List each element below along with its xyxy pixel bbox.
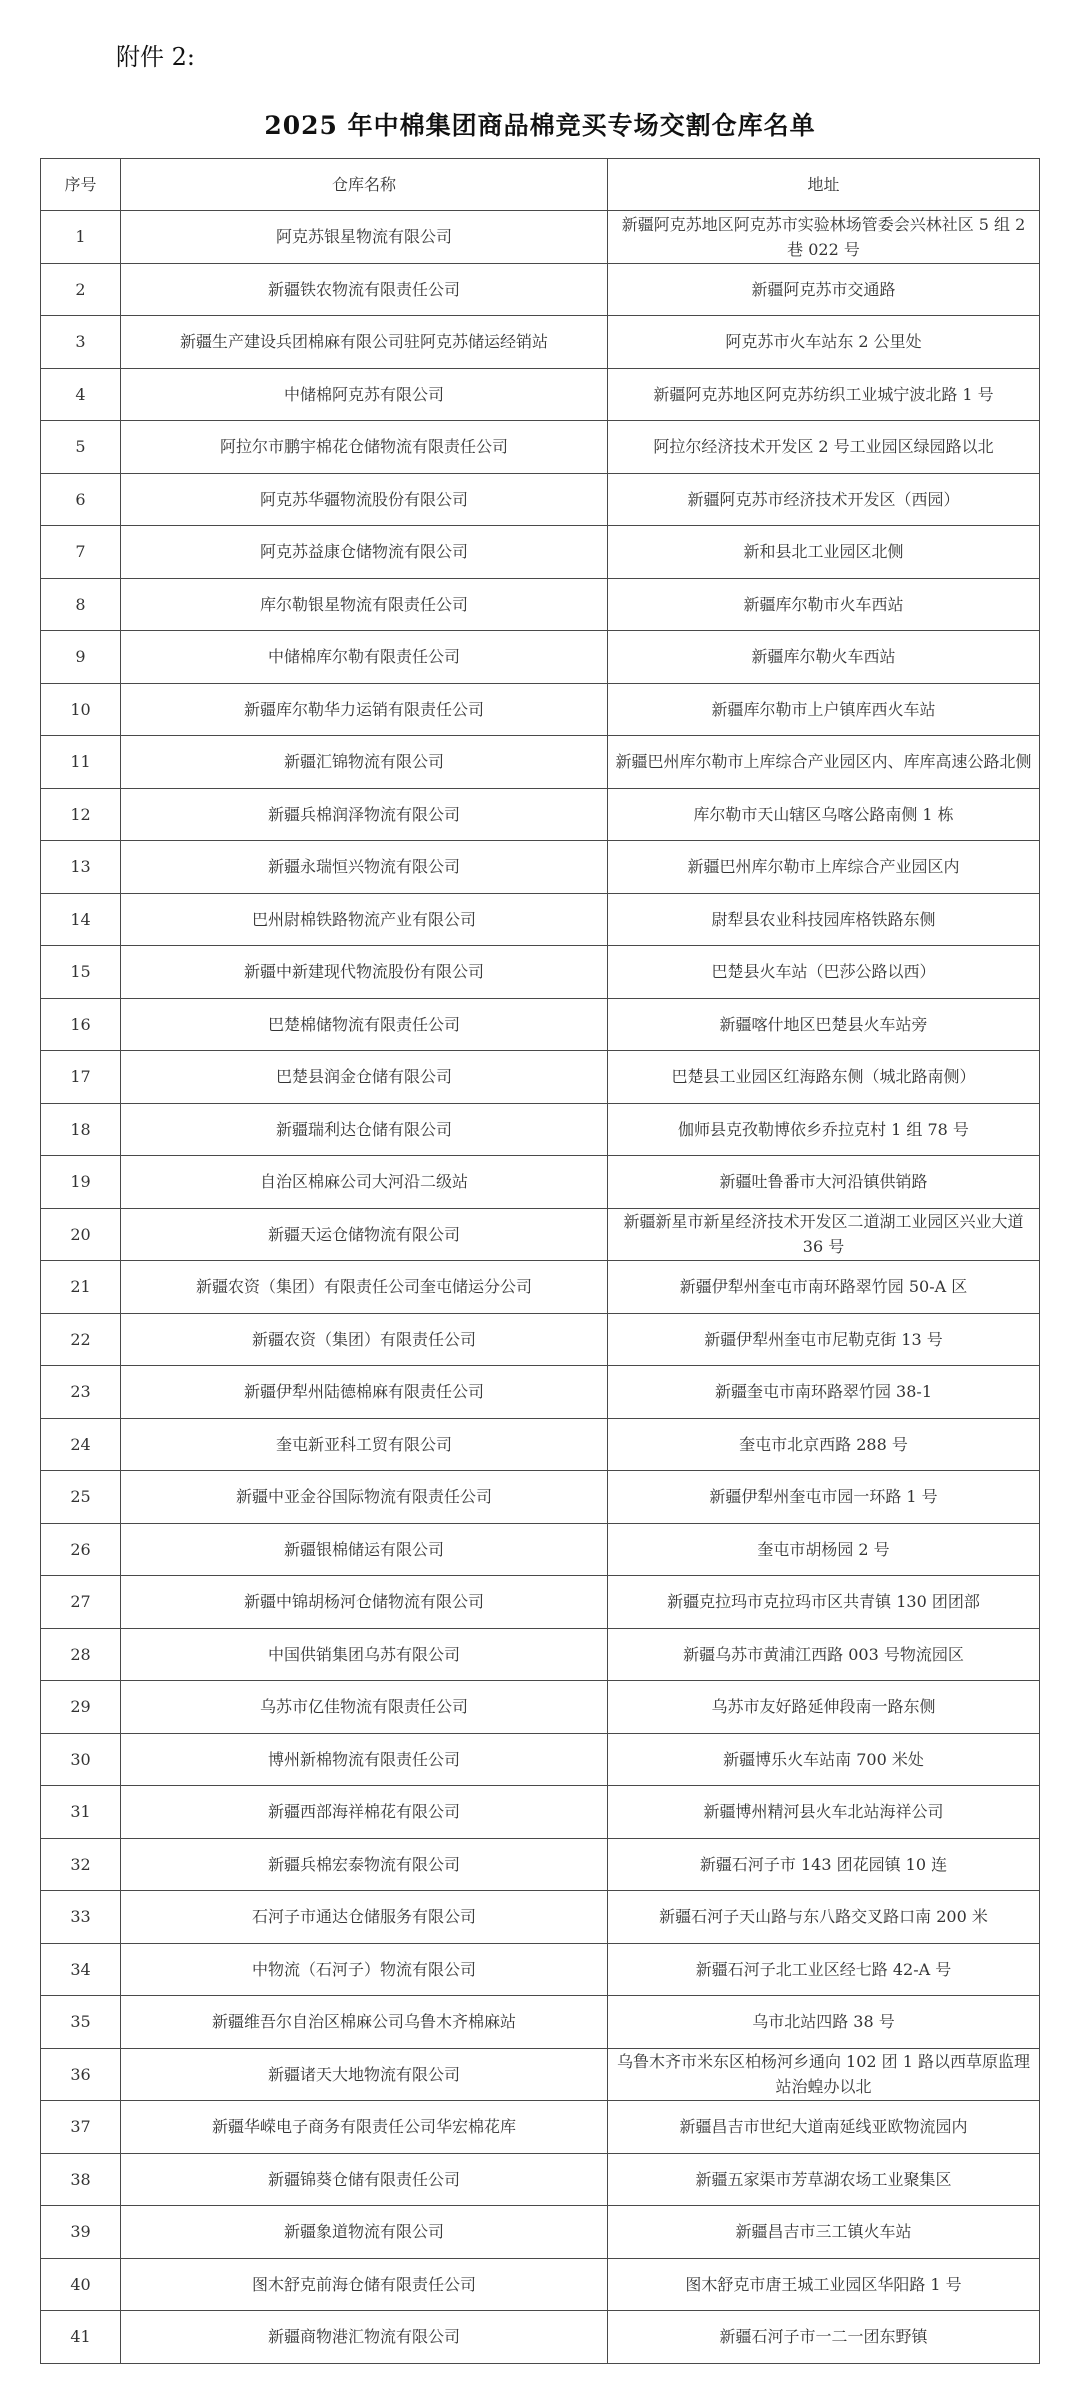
cell-address: 新疆石河子市 143 团花园镇 10 连 xyxy=(608,1838,1040,1891)
cell-index: 33 xyxy=(41,1891,121,1944)
cell-index: 9 xyxy=(41,631,121,684)
column-header-warehouse-name: 仓库名称 xyxy=(121,159,608,211)
table-row: 1阿克苏银星物流有限公司新疆阿克苏地区阿克苏市实验林场管委会兴林社区 5 组 2… xyxy=(41,211,1040,264)
table-row: 15新疆中新建现代物流股份有限公司巴楚县火车站（巴莎公路以西） xyxy=(41,946,1040,999)
table-row: 27新疆中锦胡杨河仓储物流有限公司新疆克拉玛市克拉玛市区共青镇 130 团团部 xyxy=(41,1576,1040,1629)
table-row: 5阿拉尔市鹏宇棉花仓储物流有限责任公司阿拉尔经济技术开发区 2 号工业园区绿园路… xyxy=(41,421,1040,474)
cell-warehouse-name: 阿克苏益康仓储物流有限公司 xyxy=(121,526,608,579)
cell-index: 35 xyxy=(41,1996,121,2049)
cell-address: 阿克苏市火车站东 2 公里处 xyxy=(608,316,1040,369)
cell-warehouse-name: 新疆铁农物流有限责任公司 xyxy=(121,263,608,316)
cell-index: 11 xyxy=(41,736,121,789)
cell-index: 24 xyxy=(41,1418,121,1471)
cell-warehouse-name: 巴州尉棉铁路物流产业有限公司 xyxy=(121,893,608,946)
cell-warehouse-name: 新疆农资（集团）有限责任公司 xyxy=(121,1313,608,1366)
cell-warehouse-name: 新疆库尔勒华力运销有限责任公司 xyxy=(121,683,608,736)
table-row: 34中物流（石河子）物流有限公司新疆石河子北工业区经七路 42-A 号 xyxy=(41,1943,1040,1996)
cell-address: 新疆伊犁州奎屯市园一环路 1 号 xyxy=(608,1471,1040,1524)
cell-index: 13 xyxy=(41,841,121,894)
table-row: 10新疆库尔勒华力运销有限责任公司新疆库尔勒市上户镇库西火车站 xyxy=(41,683,1040,736)
cell-warehouse-name: 新疆永瑞恒兴物流有限公司 xyxy=(121,841,608,894)
table-row: 24奎屯新亚科工贸有限公司奎屯市北京西路 288 号 xyxy=(41,1418,1040,1471)
cell-warehouse-name: 新疆天运仓储物流有限公司 xyxy=(121,1208,608,1261)
cell-address: 尉犁县农业科技园库格铁路东侧 xyxy=(608,893,1040,946)
table-row: 30博州新棉物流有限责任公司新疆博乐火车站南 700 米处 xyxy=(41,1733,1040,1786)
cell-warehouse-name: 博州新棉物流有限责任公司 xyxy=(121,1733,608,1786)
cell-index: 21 xyxy=(41,1261,121,1314)
cell-index: 27 xyxy=(41,1576,121,1629)
table-row: 3新疆生产建设兵团棉麻有限公司驻阿克苏储运经销站阿克苏市火车站东 2 公里处 xyxy=(41,316,1040,369)
cell-address: 巴楚县火车站（巴莎公路以西） xyxy=(608,946,1040,999)
cell-index: 10 xyxy=(41,683,121,736)
table-row: 6阿克苏华疆物流股份有限公司新疆阿克苏市经济技术开发区（西园） xyxy=(41,473,1040,526)
cell-warehouse-name: 新疆中亚金谷国际物流有限责任公司 xyxy=(121,1471,608,1524)
cell-warehouse-name: 新疆伊犁州陆德棉麻有限责任公司 xyxy=(121,1366,608,1419)
cell-warehouse-name: 新疆商物港汇物流有限公司 xyxy=(121,2311,608,2364)
table-row: 38新疆锦葵仓储有限责任公司新疆五家渠市芳草湖农场工业聚集区 xyxy=(41,2153,1040,2206)
table-row: 23新疆伊犁州陆德棉麻有限责任公司新疆奎屯市南环路翠竹园 38-1 xyxy=(41,1366,1040,1419)
warehouse-table: 序号 仓库名称 地址 1阿克苏银星物流有限公司新疆阿克苏地区阿克苏市实验林场管委… xyxy=(40,158,1040,2364)
cell-address: 新疆昌吉市三工镇火车站 xyxy=(608,2206,1040,2259)
cell-warehouse-name: 新疆银棉储运有限公司 xyxy=(121,1523,608,1576)
cell-index: 20 xyxy=(41,1208,121,1261)
table-row: 4中储棉阿克苏有限公司新疆阿克苏地区阿克苏纺织工业城宁波北路 1 号 xyxy=(41,368,1040,421)
cell-address: 新疆石河子天山路与东八路交叉路口南 200 米 xyxy=(608,1891,1040,1944)
cell-index: 12 xyxy=(41,788,121,841)
table-row: 8库尔勒银星物流有限责任公司新疆库尔勒市火车西站 xyxy=(41,578,1040,631)
cell-address: 新疆伊犁州奎屯市尼勒克街 13 号 xyxy=(608,1313,1040,1366)
cell-index: 26 xyxy=(41,1523,121,1576)
table-row: 22新疆农资（集团）有限责任公司新疆伊犁州奎屯市尼勒克街 13 号 xyxy=(41,1313,1040,1366)
cell-index: 6 xyxy=(41,473,121,526)
table-row: 18新疆瑞利达仓储有限公司伽师县克孜勒博依乡乔拉克村 1 组 78 号 xyxy=(41,1103,1040,1156)
cell-index: 32 xyxy=(41,1838,121,1891)
cell-index: 1 xyxy=(41,211,121,264)
cell-address: 新疆乌苏市黄浦江西路 003 号物流园区 xyxy=(608,1628,1040,1681)
table-header-row: 序号 仓库名称 地址 xyxy=(41,159,1040,211)
cell-address: 新疆伊犁州奎屯市南环路翠竹园 50-A 区 xyxy=(608,1261,1040,1314)
table-row: 13新疆永瑞恒兴物流有限公司新疆巴州库尔勒市上库综合产业园区内 xyxy=(41,841,1040,894)
cell-warehouse-name: 新疆中新建现代物流股份有限公司 xyxy=(121,946,608,999)
table-body: 1阿克苏银星物流有限公司新疆阿克苏地区阿克苏市实验林场管委会兴林社区 5 组 2… xyxy=(41,211,1040,2364)
cell-warehouse-name: 阿克苏银星物流有限公司 xyxy=(121,211,608,264)
cell-address: 乌苏市友好路延伸段南一路东侧 xyxy=(608,1681,1040,1734)
cell-warehouse-name: 新疆诸天大地物流有限公司 xyxy=(121,2048,608,2101)
cell-address: 乌鲁木齐市米东区柏杨河乡通向 102 团 1 路以西草原监理站治蝗办以北 xyxy=(608,2048,1040,2101)
table-row: 17巴楚县润金仓储有限公司巴楚县工业园区红海路东侧（城北路南侧） xyxy=(41,1051,1040,1104)
cell-warehouse-name: 新疆中锦胡杨河仓储物流有限公司 xyxy=(121,1576,608,1629)
cell-index: 30 xyxy=(41,1733,121,1786)
cell-warehouse-name: 巴楚县润金仓储有限公司 xyxy=(121,1051,608,1104)
cell-index: 18 xyxy=(41,1103,121,1156)
cell-index: 28 xyxy=(41,1628,121,1681)
cell-warehouse-name: 奎屯新亚科工贸有限公司 xyxy=(121,1418,608,1471)
cell-address: 图木舒克市唐王城工业园区华阳路 1 号 xyxy=(608,2258,1040,2311)
table-row: 19自治区棉麻公司大河沿二级站新疆吐鲁番市大河沿镇供销路 xyxy=(41,1156,1040,1209)
cell-address: 乌市北站四路 38 号 xyxy=(608,1996,1040,2049)
cell-index: 41 xyxy=(41,2311,121,2364)
cell-index: 4 xyxy=(41,368,121,421)
table-row: 2新疆铁农物流有限责任公司新疆阿克苏市交通路 xyxy=(41,263,1040,316)
table-row: 14巴州尉棉铁路物流产业有限公司尉犁县农业科技园库格铁路东侧 xyxy=(41,893,1040,946)
table-row: 7阿克苏益康仓储物流有限公司新和县北工业园区北侧 xyxy=(41,526,1040,579)
cell-address: 阿拉尔经济技术开发区 2 号工业园区绿园路以北 xyxy=(608,421,1040,474)
cell-index: 29 xyxy=(41,1681,121,1734)
cell-index: 2 xyxy=(41,263,121,316)
cell-index: 34 xyxy=(41,1943,121,1996)
cell-warehouse-name: 巴楚棉储物流有限责任公司 xyxy=(121,998,608,1051)
table-row: 36新疆诸天大地物流有限公司乌鲁木齐市米东区柏杨河乡通向 102 团 1 路以西… xyxy=(41,2048,1040,2101)
table-row: 37新疆华嵘电子商务有限责任公司华宏棉花库新疆昌吉市世纪大道南延线亚欧物流园内 xyxy=(41,2101,1040,2154)
cell-index: 39 xyxy=(41,2206,121,2259)
cell-warehouse-name: 图木舒克前海仓储有限责任公司 xyxy=(121,2258,608,2311)
cell-address: 新疆巴州库尔勒市上库综合产业园区内 xyxy=(608,841,1040,894)
table-row: 31新疆西部海祥棉花有限公司新疆博州精河县火车北站海祥公司 xyxy=(41,1786,1040,1839)
cell-index: 36 xyxy=(41,2048,121,2101)
cell-warehouse-name: 中国供销集团乌苏有限公司 xyxy=(121,1628,608,1681)
table-row: 29乌苏市亿佳物流有限责任公司乌苏市友好路延伸段南一路东侧 xyxy=(41,1681,1040,1734)
cell-index: 22 xyxy=(41,1313,121,1366)
cell-address: 新疆克拉玛市克拉玛市区共青镇 130 团团部 xyxy=(608,1576,1040,1629)
table-row: 35新疆维吾尔自治区棉麻公司乌鲁木齐棉麻站乌市北站四路 38 号 xyxy=(41,1996,1040,2049)
column-header-index: 序号 xyxy=(41,159,121,211)
table-row: 16巴楚棉储物流有限责任公司新疆喀什地区巴楚县火车站旁 xyxy=(41,998,1040,1051)
cell-index: 37 xyxy=(41,2101,121,2154)
cell-warehouse-name: 自治区棉麻公司大河沿二级站 xyxy=(121,1156,608,1209)
cell-address: 巴楚县工业园区红海路东侧（城北路南侧） xyxy=(608,1051,1040,1104)
cell-index: 14 xyxy=(41,893,121,946)
cell-address: 新疆吐鲁番市大河沿镇供销路 xyxy=(608,1156,1040,1209)
cell-address: 新疆阿克苏市经济技术开发区（西园） xyxy=(608,473,1040,526)
cell-address: 新疆五家渠市芳草湖农场工业聚集区 xyxy=(608,2153,1040,2206)
cell-warehouse-name: 新疆瑞利达仓储有限公司 xyxy=(121,1103,608,1156)
table-row: 25新疆中亚金谷国际物流有限责任公司新疆伊犁州奎屯市园一环路 1 号 xyxy=(41,1471,1040,1524)
cell-index: 15 xyxy=(41,946,121,999)
cell-index: 25 xyxy=(41,1471,121,1524)
cell-warehouse-name: 新疆象道物流有限公司 xyxy=(121,2206,608,2259)
cell-index: 19 xyxy=(41,1156,121,1209)
cell-warehouse-name: 新疆兵棉润泽物流有限公司 xyxy=(121,788,608,841)
cell-index: 5 xyxy=(41,421,121,474)
cell-index: 7 xyxy=(41,526,121,579)
cell-address: 新疆库尔勒市上户镇库西火车站 xyxy=(608,683,1040,736)
cell-address: 新疆巴州库尔勒市上库综合产业园区内、库库高速公路北侧 xyxy=(608,736,1040,789)
table-row: 20新疆天运仓储物流有限公司新疆新星市新星经济技术开发区二道湖工业园区兴业大道 … xyxy=(41,1208,1040,1261)
table-row: 39新疆象道物流有限公司新疆昌吉市三工镇火车站 xyxy=(41,2206,1040,2259)
table-row: 21新疆农资（集团）有限责任公司奎屯储运分公司新疆伊犁州奎屯市南环路翠竹园 50… xyxy=(41,1261,1040,1314)
cell-index: 8 xyxy=(41,578,121,631)
cell-warehouse-name: 新疆兵棉宏泰物流有限公司 xyxy=(121,1838,608,1891)
cell-warehouse-name: 中储棉阿克苏有限公司 xyxy=(121,368,608,421)
cell-warehouse-name: 新疆生产建设兵团棉麻有限公司驻阿克苏储运经销站 xyxy=(121,316,608,369)
cell-address: 新和县北工业园区北侧 xyxy=(608,526,1040,579)
cell-warehouse-name: 库尔勒银星物流有限责任公司 xyxy=(121,578,608,631)
document-title: 2025 年中棉集团商品棉竞买专场交割仓库名单 xyxy=(40,108,1040,144)
cell-warehouse-name: 新疆汇锦物流有限公司 xyxy=(121,736,608,789)
cell-address: 新疆昌吉市世纪大道南延线亚欧物流园内 xyxy=(608,2101,1040,2154)
cell-index: 38 xyxy=(41,2153,121,2206)
cell-index: 31 xyxy=(41,1786,121,1839)
cell-address: 新疆阿克苏市交通路 xyxy=(608,263,1040,316)
cell-warehouse-name: 中储棉库尔勒有限责任公司 xyxy=(121,631,608,684)
cell-index: 17 xyxy=(41,1051,121,1104)
cell-address: 新疆喀什地区巴楚县火车站旁 xyxy=(608,998,1040,1051)
cell-index: 23 xyxy=(41,1366,121,1419)
cell-address: 新疆阿克苏地区阿克苏市实验林场管委会兴林社区 5 组 2 巷 022 号 xyxy=(608,211,1040,264)
cell-address: 新疆新星市新星经济技术开发区二道湖工业园区兴业大道 36 号 xyxy=(608,1208,1040,1261)
cell-address: 新疆库尔勒火车西站 xyxy=(608,631,1040,684)
table-row: 12新疆兵棉润泽物流有限公司库尔勒市天山辖区乌喀公路南侧 1 栋 xyxy=(41,788,1040,841)
cell-address: 新疆石河子北工业区经七路 42-A 号 xyxy=(608,1943,1040,1996)
cell-index: 3 xyxy=(41,316,121,369)
cell-warehouse-name: 阿克苏华疆物流股份有限公司 xyxy=(121,473,608,526)
table-row: 28中国供销集团乌苏有限公司新疆乌苏市黄浦江西路 003 号物流园区 xyxy=(41,1628,1040,1681)
cell-address: 新疆石河子市一二一团东野镇 xyxy=(608,2311,1040,2364)
cell-address: 新疆库尔勒市火车西站 xyxy=(608,578,1040,631)
table-row: 11新疆汇锦物流有限公司新疆巴州库尔勒市上库综合产业园区内、库库高速公路北侧 xyxy=(41,736,1040,789)
table-row: 9中储棉库尔勒有限责任公司新疆库尔勒火车西站 xyxy=(41,631,1040,684)
cell-address: 新疆博州精河县火车北站海祥公司 xyxy=(608,1786,1040,1839)
table-row: 26新疆银棉储运有限公司奎屯市胡杨园 2 号 xyxy=(41,1523,1040,1576)
cell-warehouse-name: 中物流（石河子）物流有限公司 xyxy=(121,1943,608,1996)
cell-warehouse-name: 新疆锦葵仓储有限责任公司 xyxy=(121,2153,608,2206)
table-row: 32新疆兵棉宏泰物流有限公司新疆石河子市 143 团花园镇 10 连 xyxy=(41,1838,1040,1891)
cell-address: 伽师县克孜勒博依乡乔拉克村 1 组 78 号 xyxy=(608,1103,1040,1156)
cell-warehouse-name: 新疆华嵘电子商务有限责任公司华宏棉花库 xyxy=(121,2101,608,2154)
cell-address: 新疆奎屯市南环路翠竹园 38-1 xyxy=(608,1366,1040,1419)
cell-index: 16 xyxy=(41,998,121,1051)
cell-address: 新疆博乐火车站南 700 米处 xyxy=(608,1733,1040,1786)
cell-warehouse-name: 阿拉尔市鹏宇棉花仓储物流有限责任公司 xyxy=(121,421,608,474)
table-row: 41新疆商物港汇物流有限公司新疆石河子市一二一团东野镇 xyxy=(41,2311,1040,2364)
cell-warehouse-name: 石河子市通达仓储服务有限公司 xyxy=(121,1891,608,1944)
table-row: 40图木舒克前海仓储有限责任公司图木舒克市唐王城工业园区华阳路 1 号 xyxy=(41,2258,1040,2311)
cell-address: 库尔勒市天山辖区乌喀公路南侧 1 栋 xyxy=(608,788,1040,841)
cell-warehouse-name: 新疆维吾尔自治区棉麻公司乌鲁木齐棉麻站 xyxy=(121,1996,608,2049)
attachment-label: 附件 2: xyxy=(116,40,195,74)
cell-warehouse-name: 乌苏市亿佳物流有限责任公司 xyxy=(121,1681,608,1734)
cell-address: 新疆阿克苏地区阿克苏纺织工业城宁波北路 1 号 xyxy=(608,368,1040,421)
cell-address: 奎屯市胡杨园 2 号 xyxy=(608,1523,1040,1576)
table-row: 33石河子市通达仓储服务有限公司新疆石河子天山路与东八路交叉路口南 200 米 xyxy=(41,1891,1040,1944)
cell-warehouse-name: 新疆西部海祥棉花有限公司 xyxy=(121,1786,608,1839)
cell-address: 奎屯市北京西路 288 号 xyxy=(608,1418,1040,1471)
cell-warehouse-name: 新疆农资（集团）有限责任公司奎屯储运分公司 xyxy=(121,1261,608,1314)
cell-index: 40 xyxy=(41,2258,121,2311)
column-header-address: 地址 xyxy=(608,159,1040,211)
